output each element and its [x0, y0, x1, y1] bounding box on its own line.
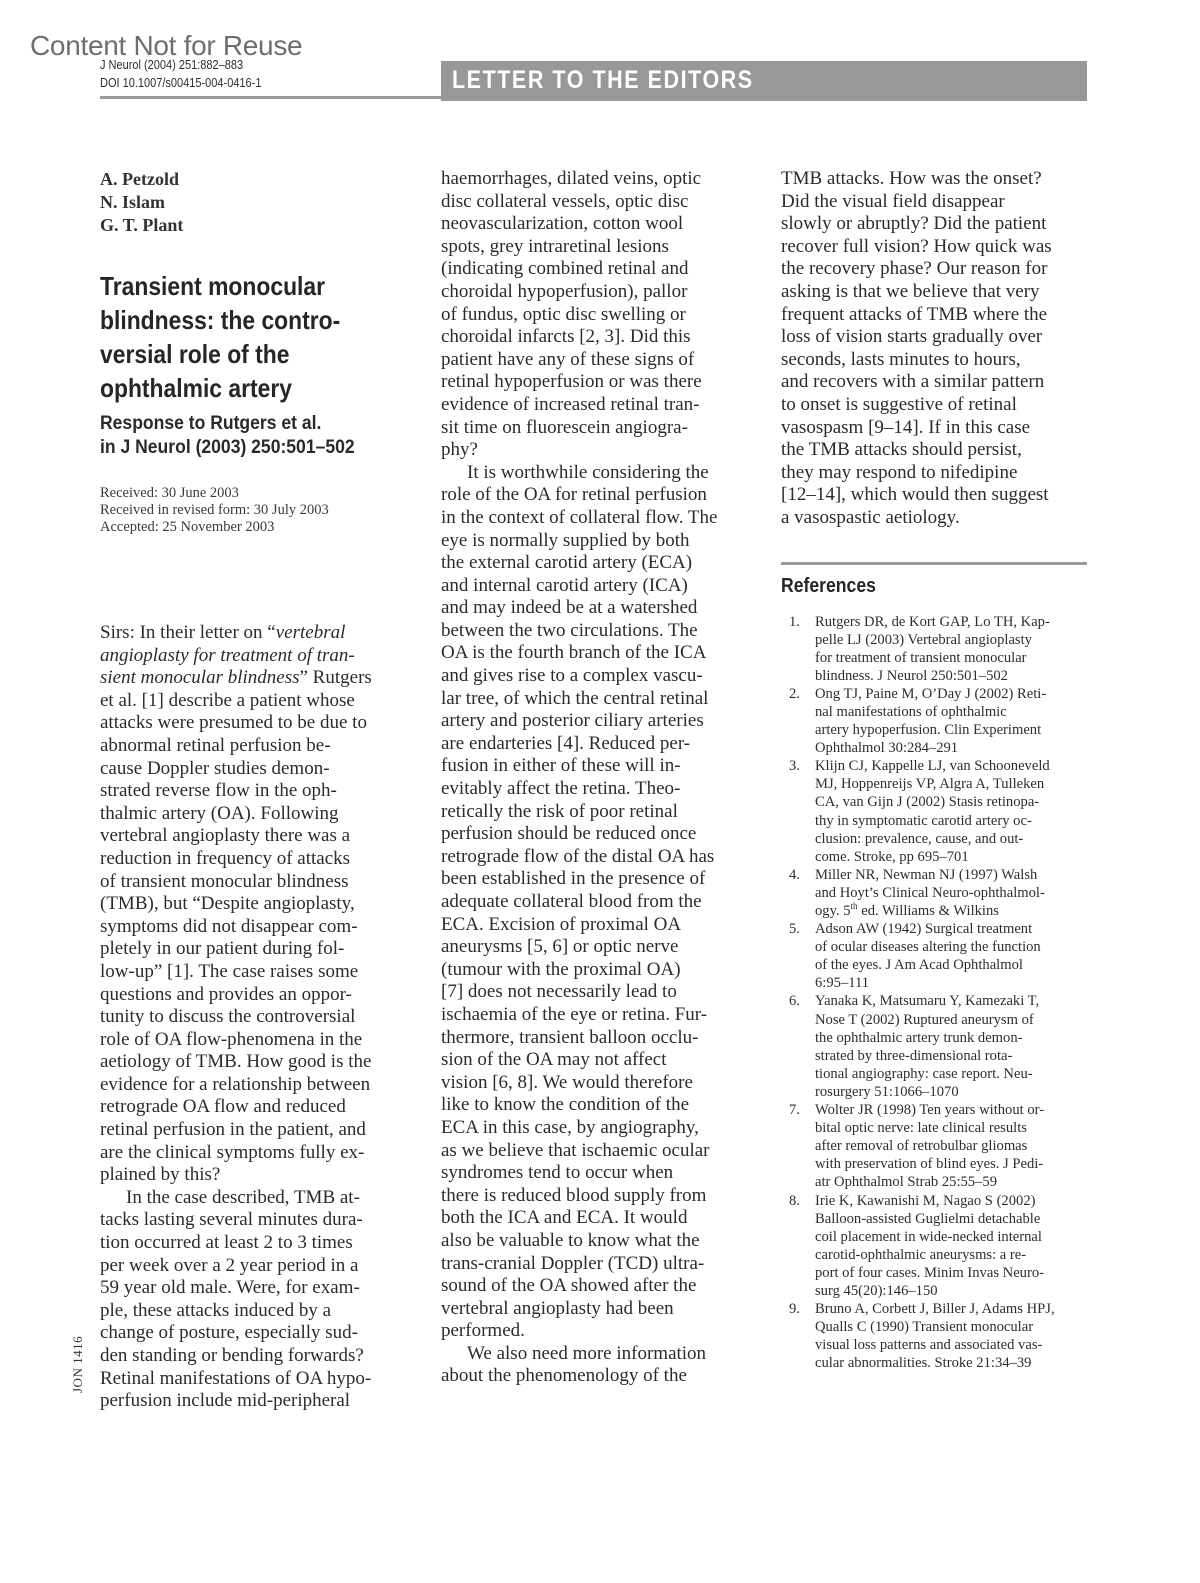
reference-line: tional angiography: case report. Neu-	[815, 1065, 1091, 1083]
reference-number: 4.	[789, 866, 800, 884]
text-line: as we believe that ischaemic ocular	[441, 1140, 753, 1163]
reference-line: cular abnormalities. Stroke 21:34–39	[815, 1354, 1091, 1372]
author: N. Islam	[100, 191, 412, 214]
reference-line: CA, van Gijn J (2002) Stasis retinopa-	[815, 793, 1091, 811]
reference-line: Adson AW (1942) Surgical treatment	[815, 920, 1091, 938]
text-line: choroidal infarcts [2, 3]. Did this	[441, 326, 753, 349]
reference-number: 2.	[789, 685, 800, 703]
reference-line: Bruno A, Corbett J, Biller J, Adams HPJ,	[815, 1300, 1091, 1318]
text-line: OA is the fourth branch of the ICA	[441, 642, 753, 665]
text-line: and may indeed be at a watershed	[441, 597, 753, 620]
text-line: seconds, lasts minutes to hours,	[781, 349, 1091, 372]
reference-line: after removal of retrobulbar gliomas	[815, 1137, 1091, 1155]
reference-line: Ophthalmol 30:284–291	[815, 739, 1091, 757]
text-line: also be valuable to know what the	[441, 1230, 753, 1253]
text-line: slowly or abruptly? Did the patient	[781, 213, 1091, 236]
text-line: role of the OA for retinal perfusion	[441, 484, 753, 507]
text-line: Did the visual field disappear	[781, 191, 1091, 214]
watermark: Content Not for Reuse	[30, 30, 302, 62]
text-line: role of OA flow-phenomena in the	[100, 1029, 412, 1052]
text-line: recover full vision? How quick was	[781, 236, 1091, 259]
text-line: abnormal retinal perfusion be-	[100, 735, 412, 758]
text-line: both the ICA and ECA. It would	[441, 1207, 753, 1230]
article-dates: Received: 30 June 2003 Received in revis…	[100, 485, 412, 536]
text-line: strated reverse flow in the oph-	[100, 780, 412, 803]
text-line: and recovers with a similar pattern	[781, 371, 1091, 394]
text-line: and internal carotid artery (ICA)	[441, 575, 753, 598]
text-line: the recovery phase? Our reason for	[781, 258, 1091, 281]
reference-line: Yanaka K, Matsumaru Y, Kamezaki T,	[815, 992, 1091, 1010]
text-line: of transient monocular blindness	[100, 871, 412, 894]
subtitle-line: Response to Rutgers et al.	[100, 411, 424, 435]
text-line: retically the risk of poor retinal	[441, 801, 753, 824]
reference-line: Wolter JR (1998) Ten years without or-	[815, 1101, 1091, 1119]
text-line: reduction in frequency of attacks	[100, 848, 412, 871]
reference-line: surg 45(20):146–150	[815, 1282, 1091, 1300]
reference-line: strated by three-dimensional rota-	[815, 1047, 1091, 1065]
title-line: blindness: the contro-	[100, 303, 417, 337]
references-heading: References	[781, 573, 1054, 599]
text-line: tacks lasting several minutes dura-	[100, 1209, 412, 1232]
text-line: neovascularization, cotton wool	[441, 213, 753, 236]
text-line: change of posture, especially sud-	[100, 1322, 412, 1345]
text-line: adequate collateral blood from the	[441, 891, 753, 914]
title-line: versial role of the	[100, 337, 417, 371]
text-line: vasospasm [9–14]. If in this case	[781, 417, 1091, 440]
reference-line: Rutgers DR, de Kort GAP, Lo TH, Kap-	[815, 613, 1091, 631]
text-line: attacks were presumed to be due to	[100, 712, 412, 735]
text-line: sound of the OA showed after the	[441, 1275, 753, 1298]
reference-line: of the eyes. J Am Acad Ophthalmol	[815, 956, 1091, 974]
reference-line: Qualls C (1990) Transient monocular	[815, 1318, 1091, 1336]
text-line: haemorrhages, dilated veins, optic	[441, 168, 753, 191]
text-line: TMB attacks. How was the onset?	[781, 168, 1091, 191]
date-received: Received: 30 June 2003	[100, 485, 412, 502]
reference-number: 7.	[789, 1101, 800, 1119]
text-line: are the clinical symptoms fully ex-	[100, 1142, 412, 1165]
text-line: evidence for a relationship between	[100, 1074, 412, 1097]
text-line: phy?	[441, 439, 753, 462]
reference-line: Ong TJ, Paine M, O’Day J (2002) Reti-	[815, 685, 1091, 703]
text-line: the external carotid artery (ECA)	[441, 552, 753, 575]
text-line: pletely in our patient during fol-	[100, 938, 412, 961]
reference-item: 3.Klijn CJ, Kappelle LJ, van Schooneveld…	[781, 757, 1091, 866]
text-line: artery and posterior ciliary arteries	[441, 710, 753, 733]
text-run: ogy. 5	[815, 903, 851, 919]
text-line: aetiology of TMB. How good is the	[100, 1051, 412, 1074]
reference-number: 6.	[789, 992, 800, 1010]
text-line: choroidal hypoperfusion), pallor	[441, 281, 753, 304]
text-run: ” Rutgers	[300, 667, 372, 688]
text-line: (TMB), but “Despite angioplasty,	[100, 893, 412, 916]
text-line: are endarteries [4]. Reduced per-	[441, 733, 753, 756]
text-line: eye is normally supplied by both	[441, 530, 753, 553]
header-rule	[100, 96, 445, 99]
text-line: syndromes tend to occur when	[441, 1162, 753, 1185]
reference-line: Nose T (2002) Ruptured aneurysm of	[815, 1011, 1091, 1029]
text-line: questions and provides an oppor-	[100, 984, 412, 1007]
reference-line: Irie K, Kawanishi M, Nagao S (2002)	[815, 1192, 1091, 1210]
text-line: (indicating combined retinal and	[441, 258, 753, 281]
text-line: been established in the presence of	[441, 868, 753, 891]
reference-line: ogy. 5th ed. Williams & Wilkins	[815, 902, 1091, 920]
reference-line: 6:95–111	[815, 974, 1091, 992]
reference-line: MJ, Hoppenreijs VP, Algra A, Tulleken	[815, 775, 1091, 793]
reference-line: bital optic nerve: late clinical results	[815, 1119, 1091, 1137]
text-line: ECA in this case, by angiography,	[441, 1117, 753, 1140]
reference-line: come. Stroke, pp 695–701	[815, 848, 1091, 866]
title-line: ophthalmic artery	[100, 371, 417, 405]
reference-line: with preservation of blind eyes. J Pedi-	[815, 1155, 1091, 1173]
reference-item: 9.Bruno A, Corbett J, Biller J, Adams HP…	[781, 1300, 1091, 1372]
reference-line: clusion: prevalence, cause, and out-	[815, 830, 1091, 848]
text-line: ple, these attacks induced by a	[100, 1300, 412, 1323]
reference-line: atr Ophthalmol Strab 25:55–59	[815, 1173, 1091, 1191]
reference-number: 8.	[789, 1192, 800, 1210]
text-line: evidence of increased retinal tran-	[441, 394, 753, 417]
section-banner: LETTER TO THE EDITORS	[441, 61, 1087, 101]
section-label: LETTER TO THE EDITORS	[452, 66, 754, 95]
body-text-col1: Sirs: In their letter on “vertebral angi…	[100, 622, 412, 1413]
text-line: the TMB attacks should persist,	[781, 439, 1091, 462]
text-line: of fundus, optic disc swelling or	[441, 304, 753, 327]
reference-item: 8.Irie K, Kawanishi M, Nagao S (2002)Bal…	[781, 1192, 1091, 1301]
text-line: den standing or bending forwards?	[100, 1345, 412, 1368]
text-line: vertebral angioplasty there was a	[100, 825, 412, 848]
text-line: retrograde OA flow and reduced	[100, 1096, 412, 1119]
reference-item: 7.Wolter JR (1998) Ten years without or-…	[781, 1101, 1091, 1191]
article-subtitle: Response to Rutgers et al. in J Neurol (…	[100, 411, 424, 459]
reference-line: and Hoyt’s Clinical Neuro-ophthalmol-	[815, 884, 1091, 902]
text-line: there is reduced blood supply from	[441, 1185, 753, 1208]
text-line: vision [6, 8]. We would therefore	[441, 1072, 753, 1095]
reference-list: 1.Rutgers DR, de Kort GAP, Lo TH, Kap-pe…	[781, 613, 1091, 1373]
text-line: frequent attacks of TMB where the	[781, 304, 1091, 327]
text-line: We also need more information	[441, 1343, 753, 1366]
text-line: symptoms did not disappear com-	[100, 916, 412, 939]
reference-line: Miller NR, Newman NJ (1997) Walsh	[815, 866, 1091, 884]
paragraph: TMB attacks. How was the onset?Did the v…	[781, 168, 1091, 530]
text-line: cause Doppler studies demon-	[100, 758, 412, 781]
text-line: and gives rise to a complex vascu-	[441, 665, 753, 688]
text-line: sit time on fluorescein angiogra-	[441, 417, 753, 440]
reference-line: rosurgery 51:1066–1070	[815, 1083, 1091, 1101]
text-line: Retinal manifestations of OA hypo-	[100, 1368, 412, 1391]
text-line: about the phenomenology of the	[441, 1365, 753, 1388]
text-line: loss of vision starts gradually over	[781, 326, 1091, 349]
article-title: Transient monocular blindness: the contr…	[100, 269, 417, 405]
text-line: perfusion should be reduced once	[441, 823, 753, 846]
text-line: plained by this?	[100, 1164, 412, 1187]
text-line: [7] does not necessarily lead to	[441, 981, 753, 1004]
references-rule	[781, 562, 1087, 565]
reference-line: Balloon-assisted Guglielmi detachable	[815, 1210, 1091, 1228]
text-line: fusion in either of these will in-	[441, 755, 753, 778]
text-line: vertebral angioplasty had been	[441, 1298, 753, 1321]
reference-item: 6.Yanaka K, Matsumaru Y, Kamezaki T,Nose…	[781, 992, 1091, 1101]
text-line: per week over a 2 year period in a	[100, 1255, 412, 1278]
text-line: a vasospastic aetiology.	[781, 507, 1091, 530]
reference-item: 2.Ong TJ, Paine M, O’Day J (2002) Reti-n…	[781, 685, 1091, 757]
text-line: In the case described, TMB at-	[100, 1187, 412, 1210]
paragraph: haemorrhages, dilated veins, opticdisc c…	[441, 168, 753, 462]
reference-line: visual loss patterns and associated vas-	[815, 1336, 1091, 1354]
italic-text: vertebral	[276, 622, 346, 643]
reference-line: pelle LJ (2003) Vertebral angioplasty	[815, 631, 1091, 649]
text-line: [12–14], which would then suggest	[781, 484, 1091, 507]
text-line: sion of the OA may not affect	[441, 1049, 753, 1072]
text-line: they may respond to nifedipine	[781, 462, 1091, 485]
reference-number: 5.	[789, 920, 800, 938]
text-line: lar tree, of which the central retinal	[441, 688, 753, 711]
text-line: retinal hypoperfusion or was there	[441, 371, 753, 394]
subtitle-line: in J Neurol (2003) 250:501–502	[100, 435, 424, 459]
paragraph: In the case described, TMB at-tacks last…	[100, 1187, 412, 1413]
text-line: tion occurred at least 2 to 3 times	[100, 1232, 412, 1255]
date-revised: Received in revised form: 30 July 2003	[100, 502, 412, 519]
column-2: haemorrhages, dilated veins, opticdisc c…	[441, 168, 753, 1388]
column-1: A. Petzold N. Islam G. T. Plant Transien…	[100, 168, 412, 1413]
reference-line: coil placement in wide-necked internal	[815, 1228, 1091, 1246]
reference-line: thy in symptomatic carotid artery oc-	[815, 812, 1091, 830]
reference-line: the ophthalmic artery trunk demon-	[815, 1029, 1091, 1047]
author: A. Petzold	[100, 168, 412, 191]
reference-item: 1.Rutgers DR, de Kort GAP, Lo TH, Kap-pe…	[781, 613, 1091, 685]
reference-number: 1.	[789, 613, 800, 631]
date-accepted: Accepted: 25 November 2003	[100, 519, 412, 536]
reference-line: port of four cases. Minim Invas Neuro-	[815, 1264, 1091, 1282]
text-line: asking is that we believe that very	[781, 281, 1091, 304]
text-line: trans-cranial Doppler (TCD) ultra-	[441, 1253, 753, 1276]
superscript: th	[851, 901, 858, 911]
text-line: aneurysms [5, 6] or optic nerve	[441, 936, 753, 959]
text-line: thalmic artery (OA). Following	[100, 803, 412, 826]
text-run: ed. Williams & Wilkins	[858, 903, 999, 919]
reference-line: blindness. J Neurol 250:501–502	[815, 667, 1091, 685]
reference-number: 3.	[789, 757, 800, 775]
reference-item: 4.Miller NR, Newman NJ (1997) Walshand H…	[781, 866, 1091, 920]
text-line: (tumour with the proximal OA)	[441, 959, 753, 982]
column-3: TMB attacks. How was the onset?Did the v…	[781, 168, 1091, 1372]
text-line: between the two circulations. The	[441, 620, 753, 643]
text-line: spots, grey intraretinal lesions	[441, 236, 753, 259]
text-line: like to know the condition of the	[441, 1094, 753, 1117]
text-run: Sirs: In their letter on “	[100, 622, 276, 643]
text-line: retrograde flow of the distal OA has	[441, 846, 753, 869]
text-line: ischaemia of the eye or retina. Fur-	[441, 1004, 753, 1027]
reference-line: for treatment of transient monocular	[815, 649, 1091, 667]
text-line: It is worthwhile considering the	[441, 462, 753, 485]
reference-line: Klijn CJ, Kappelle LJ, van Schooneveld	[815, 757, 1091, 775]
text-line: retinal perfusion in the patient, and	[100, 1119, 412, 1142]
reference-number: 9.	[789, 1300, 800, 1318]
italic-text: sient monocular blindness	[100, 667, 300, 688]
side-label: JON 1416	[70, 1336, 86, 1393]
italic-text: angioplasty for treatment of tran-	[100, 645, 412, 668]
text-line: in the context of collateral flow. The	[441, 507, 753, 530]
author-list: A. Petzold N. Islam G. T. Plant	[100, 168, 412, 237]
reference-line: carotid-ophthalmic aneurysms: a re-	[815, 1246, 1091, 1264]
reference-item: 5.Adson AW (1942) Surgical treatmentof o…	[781, 920, 1091, 992]
text-line: to onset is suggestive of retinal	[781, 394, 1091, 417]
text-line: ECA. Excision of proximal OA	[441, 914, 753, 937]
text-line: thermore, transient balloon occlu-	[441, 1027, 753, 1050]
text-line: performed.	[441, 1320, 753, 1343]
doi: DOI 10.1007/s00415-004-0416-1	[100, 74, 261, 92]
text-line: low-up” [1]. The case raises some	[100, 961, 412, 984]
paragraph: It is worthwhile considering therole of …	[441, 462, 753, 1343]
paragraph: Sirs: In their letter on “vertebral angi…	[100, 622, 412, 1187]
text-line: perfusion include mid-peripheral	[100, 1390, 412, 1413]
reference-line: of ocular diseases altering the function	[815, 938, 1091, 956]
author: G. T. Plant	[100, 214, 412, 237]
text-line: tunity to discuss the controversial	[100, 1006, 412, 1029]
reference-line: nal manifestations of ophthalmic	[815, 703, 1091, 721]
text-line: 59 year old male. Were, for exam-	[100, 1277, 412, 1300]
text-line: disc collateral vessels, optic disc	[441, 191, 753, 214]
text-line: evitably affect the retina. Theo-	[441, 778, 753, 801]
text-line: et al. [1] describe a patient whose	[100, 690, 412, 713]
paragraph: We also need more informationabout the p…	[441, 1343, 753, 1388]
reference-line: artery hypoperfusion. Clin Experiment	[815, 721, 1091, 739]
title-line: Transient monocular	[100, 269, 417, 303]
text-line: patient have any of these signs of	[441, 349, 753, 372]
